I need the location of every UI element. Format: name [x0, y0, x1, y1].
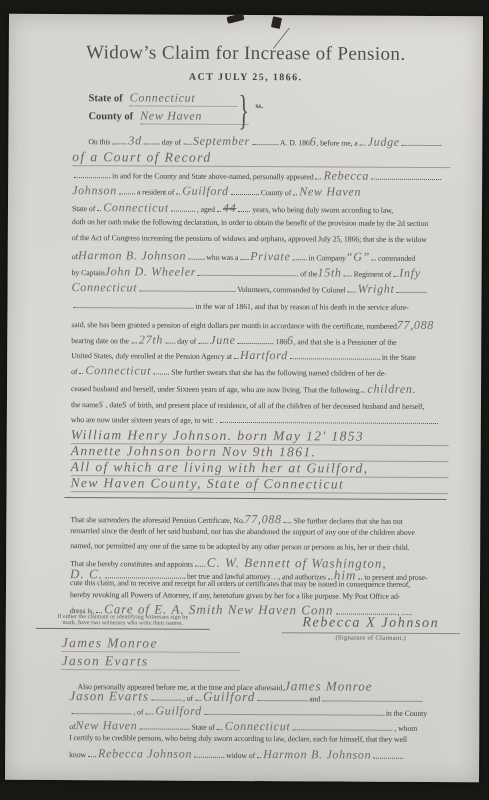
printed-text: , whom: [394, 724, 417, 733]
dotted-fill: [204, 706, 384, 716]
printed-text: of the: [300, 269, 317, 278]
printed-text: years, who being duly sworn according to…: [252, 205, 393, 215]
dotted-fill: [252, 136, 278, 145]
handwritten-text: Hartford: [240, 348, 288, 362]
dotted-fill: [293, 186, 297, 195]
form-line: ofConnecticutShe further swears that she…: [71, 363, 449, 381]
printed-text: bearing date on the: [71, 336, 129, 345]
printed-text: , before me, a: [316, 138, 357, 147]
printed-text: by Captain: [72, 268, 105, 277]
printed-text: , and that she is a Pensioner of the: [294, 337, 397, 347]
printed-text: named, nor permitted any one of the same…: [70, 541, 409, 552]
printed-text: know: [69, 750, 86, 759]
handwritten-text: 77,088: [244, 512, 281, 526]
form-line: ofHarmon B. Johnsonwho was aPrivatein Co…: [72, 248, 450, 266]
form-line: State ofConnecticut, aged44years, who be…: [72, 200, 450, 218]
handwritten-text: Guilford: [182, 184, 229, 198]
dotted-fill: [198, 267, 298, 277]
printed-text: I certify to be credible persons, who be…: [69, 733, 407, 744]
dotted-fill: [393, 268, 397, 277]
form-line: the names , dates of birth, and present …: [71, 396, 449, 414]
handwritten-text: New Haven: [299, 184, 361, 198]
dotted-fill: [73, 299, 193, 309]
dotted-fill: [151, 692, 181, 701]
printed-text: hereby revoking all Powers of Attorney, …: [70, 590, 400, 601]
handwritten-text: Connecticut: [103, 200, 169, 214]
dotted-fill: [96, 604, 102, 613]
dotted-fill: [348, 284, 356, 293]
printed-text: commanded: [378, 254, 415, 263]
handwritten-text: Private: [250, 249, 290, 263]
claimant-signature-caption: (Signature of Claimant.): [282, 634, 460, 642]
printed-text: doth on her oath make the following decl…: [72, 217, 428, 228]
handwritten-text: Guilford: [155, 704, 202, 718]
dotted-fill: [131, 334, 137, 343]
dotted-fill: [344, 268, 352, 277]
witness-signature: James Monroe: [62, 635, 240, 653]
form-line: Johnsona resident ofGuilfordCounty ofNew…: [72, 183, 450, 201]
dotted-fill: [188, 251, 204, 260]
dotted-fill: [171, 203, 195, 212]
handwritten-text: Connecticut: [225, 719, 291, 733]
dotted-fill: [74, 169, 110, 178]
dotted-fill: [176, 186, 180, 195]
handwritten-text: Johnson: [72, 183, 117, 197]
dotted-fill: [71, 705, 131, 714]
dotted-fill: [240, 251, 248, 260]
printed-text: , of: [183, 694, 193, 703]
form-line: doth on her oath make the following decl…: [72, 217, 450, 235]
dotted-fill: [316, 170, 322, 179]
handwritten-text: Connecticut: [72, 280, 138, 294]
dotted-fill: [371, 171, 441, 180]
dotted-fill: [335, 605, 395, 614]
dotted-fill: [220, 414, 438, 424]
dotted-fill: [153, 366, 169, 375]
handwritten-text: s: [98, 396, 103, 410]
dotted-fill: [358, 571, 362, 580]
form-line: of a Court of Record: [72, 149, 450, 168]
handwritten-text: Wright: [358, 282, 395, 296]
printed-text: widow of: [226, 751, 255, 760]
printed-text: who was a: [206, 253, 238, 262]
printed-text: cute this claim, and to receive and rece…: [70, 578, 410, 589]
printed-text: , aged: [197, 205, 215, 214]
form-line: ceased husband and herself, under Sixtee…: [71, 380, 449, 398]
handwritten-text: September: [193, 134, 250, 148]
handwritten-text: William Henry Johnson. born May 12' 1853: [71, 427, 364, 444]
handwritten-text: Jason Evarts: [69, 688, 149, 703]
handwritten-text: Guilford: [203, 689, 255, 704]
dotted-fill: [195, 692, 201, 701]
dotted-fill: [144, 135, 160, 144]
printed-text: in the State: [382, 353, 416, 362]
scan-background: { "page": { "background_color": "#191714…: [0, 0, 489, 800]
printed-text: State of: [192, 723, 215, 732]
handwritten-text: Harmon B. Johnson: [78, 248, 186, 263]
dotted-fill: [293, 251, 307, 260]
dotted-fill: [373, 750, 403, 759]
dotted-fill: [402, 137, 442, 146]
dotted-fill: [165, 335, 175, 344]
printed-text: A. D. 186: [280, 138, 310, 147]
printed-text: She further swears that she has the foll…: [171, 368, 387, 378]
printed-text: , date: [104, 400, 122, 409]
form-line: ConnecticutVolunteers, commanded by Colo…: [72, 280, 450, 298]
dotted-fill: [139, 282, 235, 292]
dotted-fill: [372, 252, 376, 261]
claimant-signature-name: Rebecca X Johnson: [282, 615, 460, 634]
printed-text: the name: [71, 400, 99, 409]
printed-text: in and for the County and State above-na…: [112, 171, 313, 181]
printed-text: who are now under sixteen years of age, …: [71, 415, 218, 425]
dotted-fill: [119, 185, 135, 194]
handwritten-text: 6: [310, 134, 317, 148]
printed-text: a resident of: [137, 187, 174, 196]
dotted-fill: [183, 136, 191, 145]
printed-text: County of: [261, 188, 292, 197]
handwritten-text: Judge: [368, 135, 400, 149]
handwritten-text: Harmon B. Johnson: [263, 747, 371, 762]
printed-text: of: [71, 367, 77, 376]
dotted-fill: [257, 692, 307, 701]
witness-note-line: mark, have two witnesses who write their…: [36, 620, 210, 627]
handwritten-text: “G”: [346, 250, 370, 264]
handwritten-text: 3d: [128, 133, 141, 147]
dotted-fill: [217, 721, 223, 730]
printed-text: of the Act of Congress increasing the pe…: [72, 233, 427, 244]
printed-text: ceased husband and herself, under Sixtee…: [71, 384, 359, 395]
dotted-fill: [140, 720, 190, 729]
dotted-fill: [195, 558, 205, 567]
handwritten-text: Annette Johnson born Nov 9th 1861.: [71, 443, 317, 459]
witness-instruction-note: If either the claimant or identifying wi…: [36, 614, 210, 630]
dotted-fill: [284, 514, 292, 523]
printed-text: of birth, and present place of residence…: [127, 400, 424, 411]
printed-text: , of: [133, 707, 143, 716]
dotted-fill: [79, 365, 83, 374]
dotted-fill: [194, 749, 224, 758]
printed-text: in Company: [308, 253, 345, 262]
form-line: in and for the County and State above-na…: [72, 167, 450, 185]
printed-text: in the war of 1861, and that by reason o…: [195, 302, 408, 312]
printed-text: That she surrenders the aforesaid Pensio…: [70, 515, 244, 525]
form-line: in the war of 1861, and that by reason o…: [71, 299, 449, 317]
handwritten-text: 44: [223, 201, 236, 215]
handwritten-text: John D. Wheeler: [105, 264, 197, 278]
dotted-fill: [257, 749, 261, 758]
dotted-fill: [88, 748, 96, 757]
dotted-fill: [238, 203, 250, 212]
dotted-fill: [397, 284, 427, 293]
handwritten-text: children.: [367, 382, 416, 396]
handwritten-text: of a Court of Record: [72, 149, 211, 165]
handwritten-text: 77,088: [397, 318, 434, 332]
printed-text: remarried since the death of her said hu…: [70, 526, 414, 537]
form-line: knowRebecca Johnsonwidow ofHarmon B. Joh…: [69, 746, 447, 764]
printed-text: in the County: [386, 709, 427, 718]
dotted-fill: [290, 350, 380, 359]
document-paper: Widow’s Claim for Increase of Pension. A…: [5, 14, 483, 782]
dotted-fill: [292, 721, 392, 731]
claimant-signature-block: Rebecca X Johnson (Signature of Claimant…: [282, 615, 460, 642]
handwritten-text: All of which are living with her at Guil…: [71, 459, 369, 476]
dotted-fill: [234, 350, 238, 359]
handwritten-text: 27th: [139, 332, 163, 346]
dotted-fill: [231, 186, 259, 195]
handwritten-text: Rebecca: [324, 168, 370, 182]
handwritten-text: 15th: [317, 265, 341, 279]
dotted-fill: [361, 384, 365, 393]
form-line: United States, duly enrolled at the Pens…: [71, 347, 449, 365]
printed-text: She further declares that she has not: [294, 516, 403, 526]
dotted-fill: [238, 335, 274, 344]
dotted-fill: [112, 135, 126, 144]
form-line: by CaptainJohn D. Wheelerof the15thRegim…: [72, 264, 450, 282]
handwritten-text: s: [122, 396, 127, 410]
dotted-fill: [198, 335, 208, 344]
handwritten-text: June: [210, 333, 236, 347]
form-line: said, she has been granted a pension of …: [71, 316, 449, 334]
dotted-fill: [105, 569, 185, 578]
printed-text: said, she has been granted a pension of …: [71, 320, 396, 331]
printed-text: and: [309, 694, 320, 703]
printed-text: United States, duly enrolled at the Pens…: [71, 351, 232, 361]
printed-text: On this: [88, 137, 110, 146]
printed-text: 186: [276, 337, 287, 346]
dotted-fill: [97, 202, 101, 211]
handwritten-text: New Haven: [76, 718, 138, 732]
handwritten-text: New Haven County, State of Connecticut: [71, 475, 345, 491]
printed-text: Volunteers, commanded by Colonel: [237, 285, 345, 295]
dotted-fill: [360, 137, 366, 146]
printed-text: day of: [162, 138, 181, 147]
printed-text: Regiment of: [354, 270, 392, 279]
witness-signature: Jason Evarts: [62, 653, 240, 671]
form-line: New Haven County, State of Connecticut: [71, 475, 449, 494]
printed-text: State of: [72, 204, 95, 213]
handwritten-text: Rebecca Johnson: [98, 746, 192, 760]
printed-text: day of: [177, 337, 196, 346]
handwritten-text: 6: [287, 333, 294, 347]
handwritten-text: Connecticut: [85, 363, 151, 377]
handwritten-text: Infy: [399, 266, 421, 280]
dotted-fill: [145, 705, 153, 714]
dotted-fill: [217, 203, 221, 212]
dotted-fill: [322, 692, 422, 702]
dotted-fill: [328, 570, 332, 579]
